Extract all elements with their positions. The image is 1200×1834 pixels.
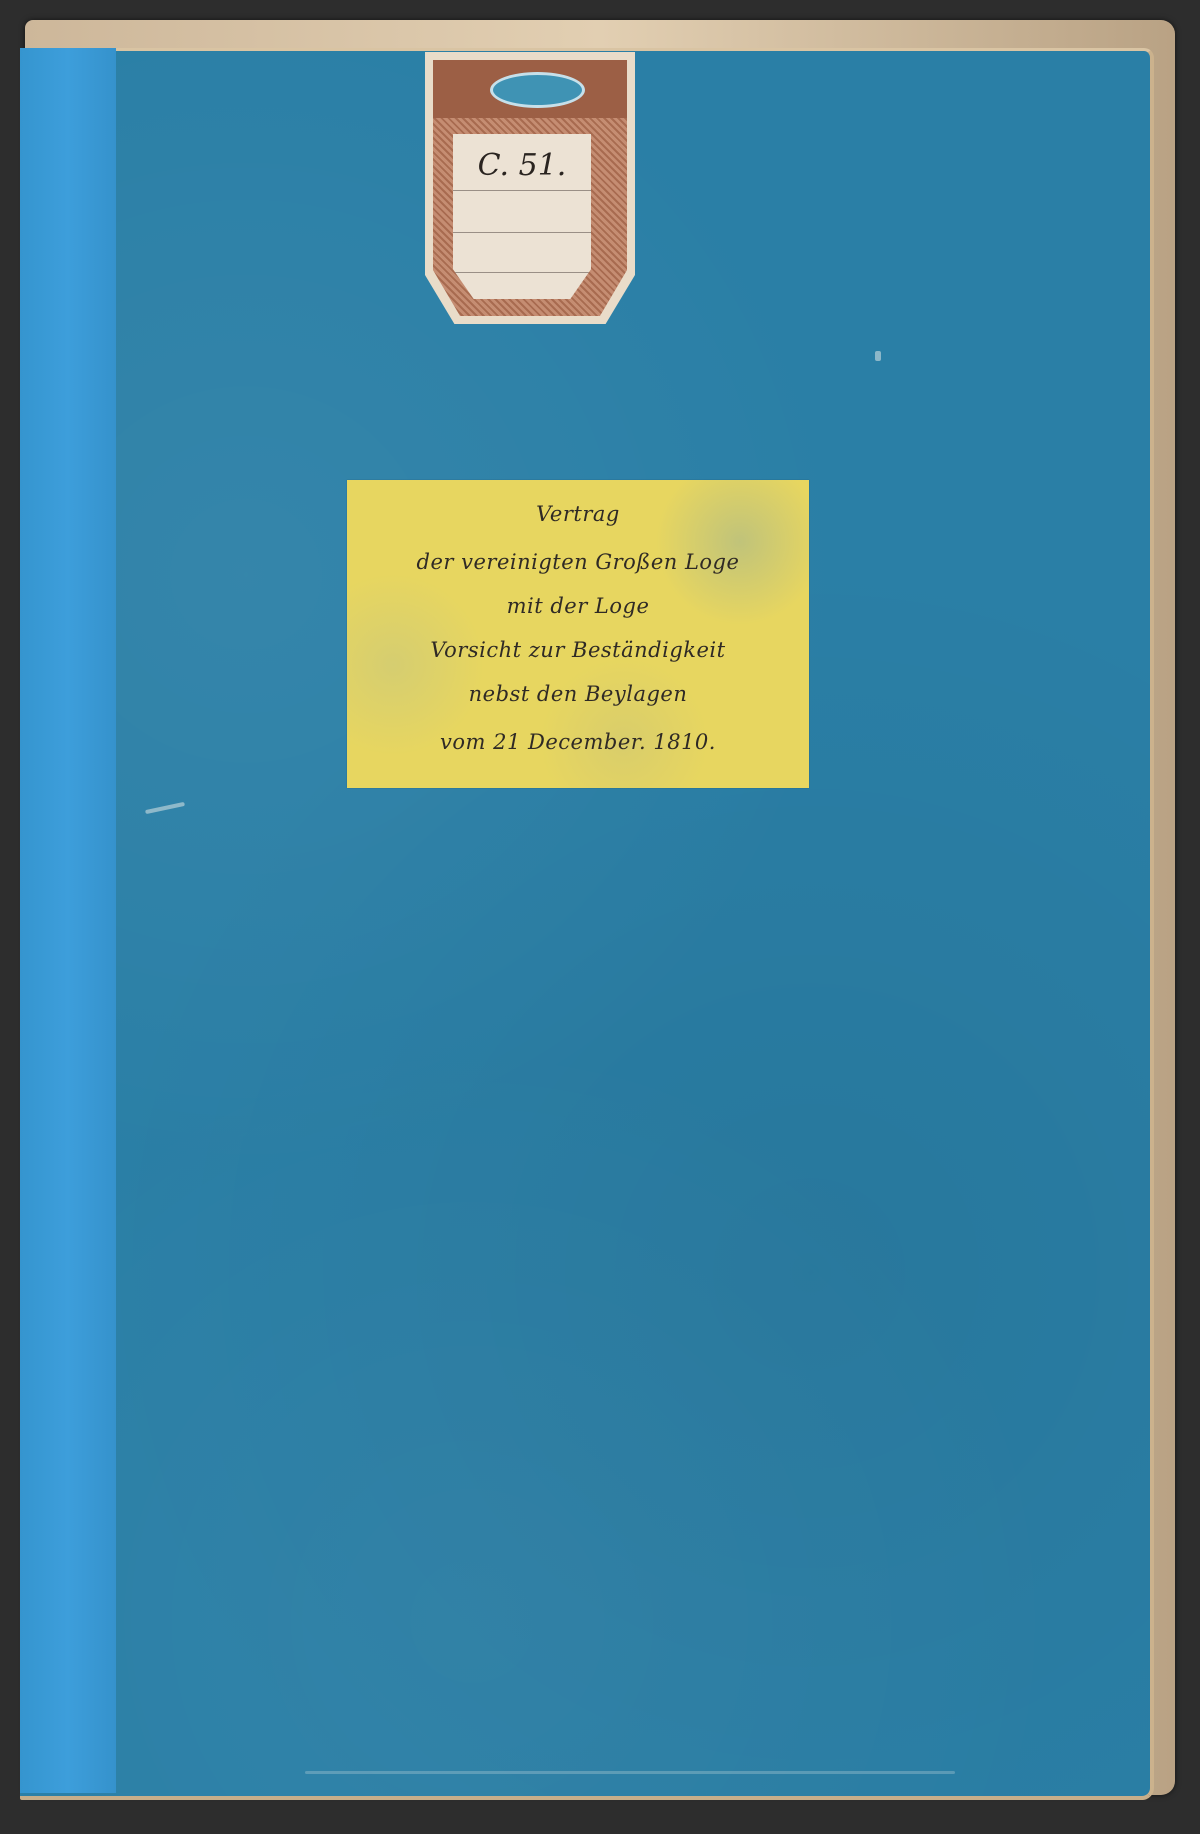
ruled-line xyxy=(453,272,591,273)
ruled-line xyxy=(453,232,591,233)
title-label: Vertrag der vereinigten Großen Loge mit … xyxy=(347,480,809,788)
title-line: mit der Loge xyxy=(347,594,809,618)
shelfmark-oval xyxy=(490,72,585,108)
title-line: Vertrag xyxy=(347,502,809,526)
shelfmark-label: C. 51. xyxy=(425,52,635,324)
title-line: nebst den Beylagen xyxy=(347,682,809,706)
scuff-mark xyxy=(875,351,881,361)
title-line: Vorsicht zur Beständigkeit xyxy=(347,638,809,662)
scuff-mark xyxy=(305,1771,955,1774)
title-line: vom 21 December. 1810. xyxy=(347,730,809,754)
shelfmark-field: C. 51. xyxy=(453,134,591,299)
ruled-line xyxy=(453,190,591,191)
shelfmark-code: C. 51. xyxy=(453,148,591,183)
scuff-mark xyxy=(145,802,185,814)
title-line: der vereinigten Großen Loge xyxy=(347,550,809,574)
spine-binding xyxy=(20,48,116,1793)
